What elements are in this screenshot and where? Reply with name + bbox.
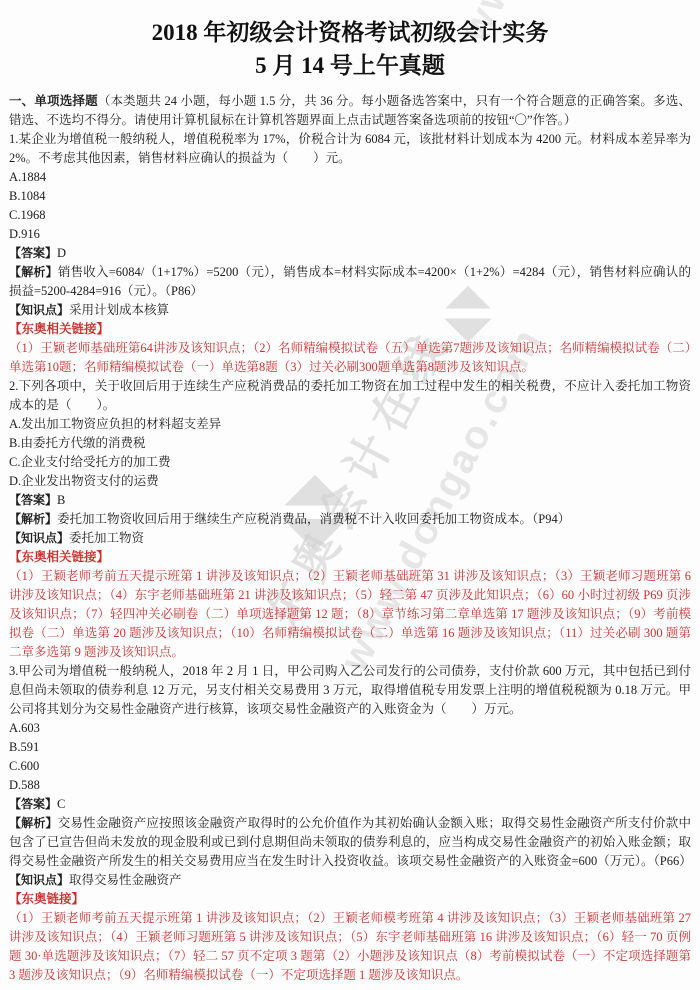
question-3-option-c: C.600 — [9, 757, 691, 776]
question-1-option-b: B.1084 — [9, 187, 691, 206]
answer-value: B — [57, 493, 65, 507]
section-intro-body: （本类题共 24 小题，每小题 1.5 分，共 36 分。每小题备选答案中，只有… — [9, 94, 691, 127]
question-3-stem: 3.甲公司为增值税一般纳税人，2018 年 2 月 1 日，甲公司购入乙公司发行… — [9, 662, 691, 719]
question-1-option-c: C.1968 — [9, 206, 691, 225]
question-3-answer: 【答案】C — [9, 795, 691, 814]
answer-label: 【答案】 — [9, 246, 57, 260]
section-intro-heading: 一、单项选择题 — [9, 94, 98, 108]
question-3-knowledge: 【知识点】取得交易性金融资产 — [9, 871, 691, 890]
question-2-answer: 【答案】B — [9, 491, 691, 510]
question-1-links-header: 【东奥相关链接】 — [9, 320, 691, 339]
analysis-text: 交易性金融资产应按照该金融资产取得时的公允价值作为其初始确认金额入账；取得交易性… — [9, 816, 692, 868]
document-title-line2: 5 月 14 号上午真题 — [9, 49, 691, 82]
question-2-stem: 2.下列各项中，关于收回后用于连续生产应税消费品的委托加工物资在加工过程中发生的… — [9, 377, 691, 415]
question-1-answer: 【答案】D — [9, 244, 691, 263]
question-2-option-d: D.企业发出物资支付的运费 — [9, 472, 691, 491]
document-title: 2018 年初级会计资格考试初级会计实务 5 月 14 号上午真题 — [9, 16, 691, 82]
question-3-links: （1）王颖老师考前五天提示班第 1 讲涉及该知识点；（2）王颖老师模考班第 4 … — [9, 909, 691, 985]
question-3-option-b: B.591 — [9, 738, 691, 757]
question-2-analysis: 【解析】委托加工物资收回后用于继续生产应税消费品，消费税不计入收回委托加工物资成… — [9, 510, 691, 529]
analysis-label: 【解析】 — [9, 265, 58, 279]
answer-value: D — [57, 246, 66, 260]
question-2-option-b: B.由委托方代缴的消费税 — [9, 434, 691, 453]
question-3-option-a: A.603 — [9, 719, 691, 738]
question-2-links: （1）王颖老师考前五天提示班第 1 讲涉及该知识点；（2）王颖老师基础班第 31… — [9, 567, 691, 662]
question-2-option-c: C.企业支付给受托方的加工费 — [9, 453, 691, 472]
question-block-1: 1.某企业为增值税一般纳税人，增值税税率为 17%，价税合计为 6084 元，该… — [9, 130, 691, 377]
knowledge-label: 【知识点】 — [9, 531, 69, 545]
question-3-analysis: 【解析】交易性金融资产应按照该金融资产取得时的公允价值作为其初始确认金额入账；取… — [9, 814, 691, 871]
exam-document-page: 东奥会计在线 www.dongao.com www.dongao.com 201… — [0, 0, 700, 990]
knowledge-text: 委托加工物资 — [69, 531, 144, 545]
question-block-2: 2.下列各项中，关于收回后用于连续生产应税消费品的委托加工物资在加工过程中发生的… — [9, 377, 691, 662]
analysis-label: 【解析】 — [9, 816, 58, 830]
question-3-links-header: 【东奥链接】 — [9, 890, 691, 909]
document-title-line1: 2018 年初级会计资格考试初级会计实务 — [9, 16, 691, 49]
answer-value: C — [57, 797, 65, 811]
question-1-links: （1）王颖老师基础班第64讲涉及该知识点；（2）名师精编模拟试卷（五）单选第7题… — [9, 339, 691, 377]
knowledge-label: 【知识点】 — [9, 303, 69, 317]
question-3-option-d: D.588 — [9, 776, 691, 795]
section-intro: 一、单项选择题（本类题共 24 小题，每小题 1.5 分，共 36 分。每小题备… — [9, 92, 691, 130]
question-2-knowledge: 【知识点】委托加工物资 — [9, 529, 691, 548]
document-content: 2018 年初级会计资格考试初级会计实务 5 月 14 号上午真题 一、单项选择… — [0, 0, 700, 985]
knowledge-text: 采用计划成本核算 — [69, 303, 169, 317]
question-2-links-header: 【东奥相关链接】 — [9, 548, 691, 567]
analysis-text: 委托加工物资收回后用于继续生产应税消费品，消费税不计入收回委托加工物资成本。（P… — [57, 512, 570, 526]
question-1-stem: 1.某企业为增值税一般纳税人，增值税税率为 17%，价税合计为 6084 元，该… — [9, 130, 691, 168]
question-1-option-a: A.1884 — [9, 168, 691, 187]
knowledge-text: 取得交易性金融资产 — [69, 873, 182, 887]
answer-label: 【答案】 — [9, 493, 57, 507]
analysis-text: 销售收入=6084/（1+17%）=5200（元），销售成本=材料实际成本=42… — [9, 265, 691, 298]
question-1-option-d: D.916 — [9, 225, 691, 244]
analysis-label: 【解析】 — [9, 512, 57, 526]
knowledge-label: 【知识点】 — [9, 873, 69, 887]
question-2-option-a: A.发出加工物资应负担的材料超支差异 — [9, 415, 691, 434]
answer-label: 【答案】 — [9, 797, 57, 811]
question-1-analysis: 【解析】销售收入=6084/（1+17%）=5200（元），销售成本=材料实际成… — [9, 263, 691, 301]
question-1-knowledge: 【知识点】采用计划成本核算 — [9, 301, 691, 320]
question-block-3: 3.甲公司为增值税一般纳税人，2018 年 2 月 1 日，甲公司购入乙公司发行… — [9, 662, 691, 985]
